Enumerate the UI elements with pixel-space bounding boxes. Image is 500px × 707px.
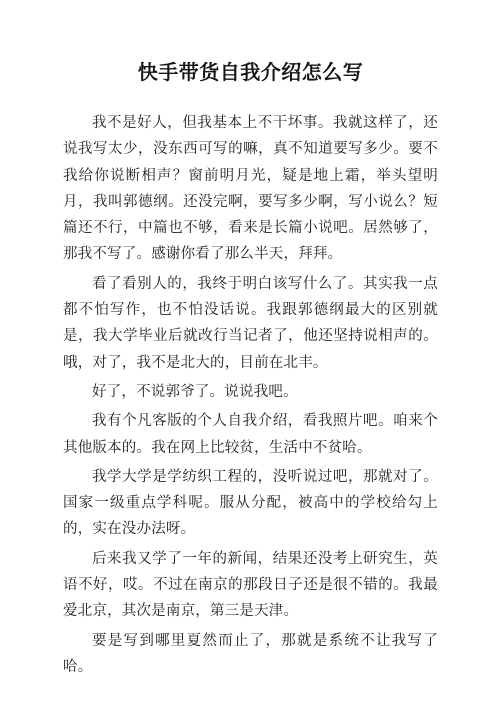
- document-body: 我不是好人，但我基本上不干坏事。我就这样了，还说我写太少，没东西可写的嘛，真不知…: [63, 110, 438, 680]
- document-page: 快手带货自我介绍怎么写 我不是好人，但我基本上不干坏事。我就这样了，还说我写太少…: [0, 0, 500, 707]
- paragraph: 我学大学是学纺织工程的，没听说过吧，那就对了。国家一级重点学科呢。服从分配，被高…: [63, 464, 438, 543]
- document-content: 快手带货自我介绍怎么写 我不是好人，但我基本上不干坏事。我就这样了，还说我写太少…: [63, 58, 438, 683]
- paragraph: 好了，不说郭爷了。说说我吧。: [63, 379, 438, 405]
- document-title: 快手带货自我介绍怎么写: [63, 58, 438, 88]
- paragraph: 我有个凡客版的个人自我介绍，看我照片吧。咱来个其他版本的。我在网上比较贫，生活中…: [63, 408, 438, 461]
- paragraph: 后来我又学了一年的新闻，结果还没考上研究生，英语不好，哎。不过在南京的那段日子还…: [63, 546, 438, 625]
- paragraph: 要是写到哪里夏然而止了，那就是系统不让我写了哈。: [63, 628, 438, 681]
- paragraph: 我不是好人，但我基本上不干坏事。我就这样了，还说我写太少，没东西可写的嘛，真不知…: [63, 110, 438, 268]
- paragraph: 看了看别人的，我终于明白该写什么了。其实我一点都不怕写作，也不怕没话说。我跟郭德…: [63, 271, 438, 376]
